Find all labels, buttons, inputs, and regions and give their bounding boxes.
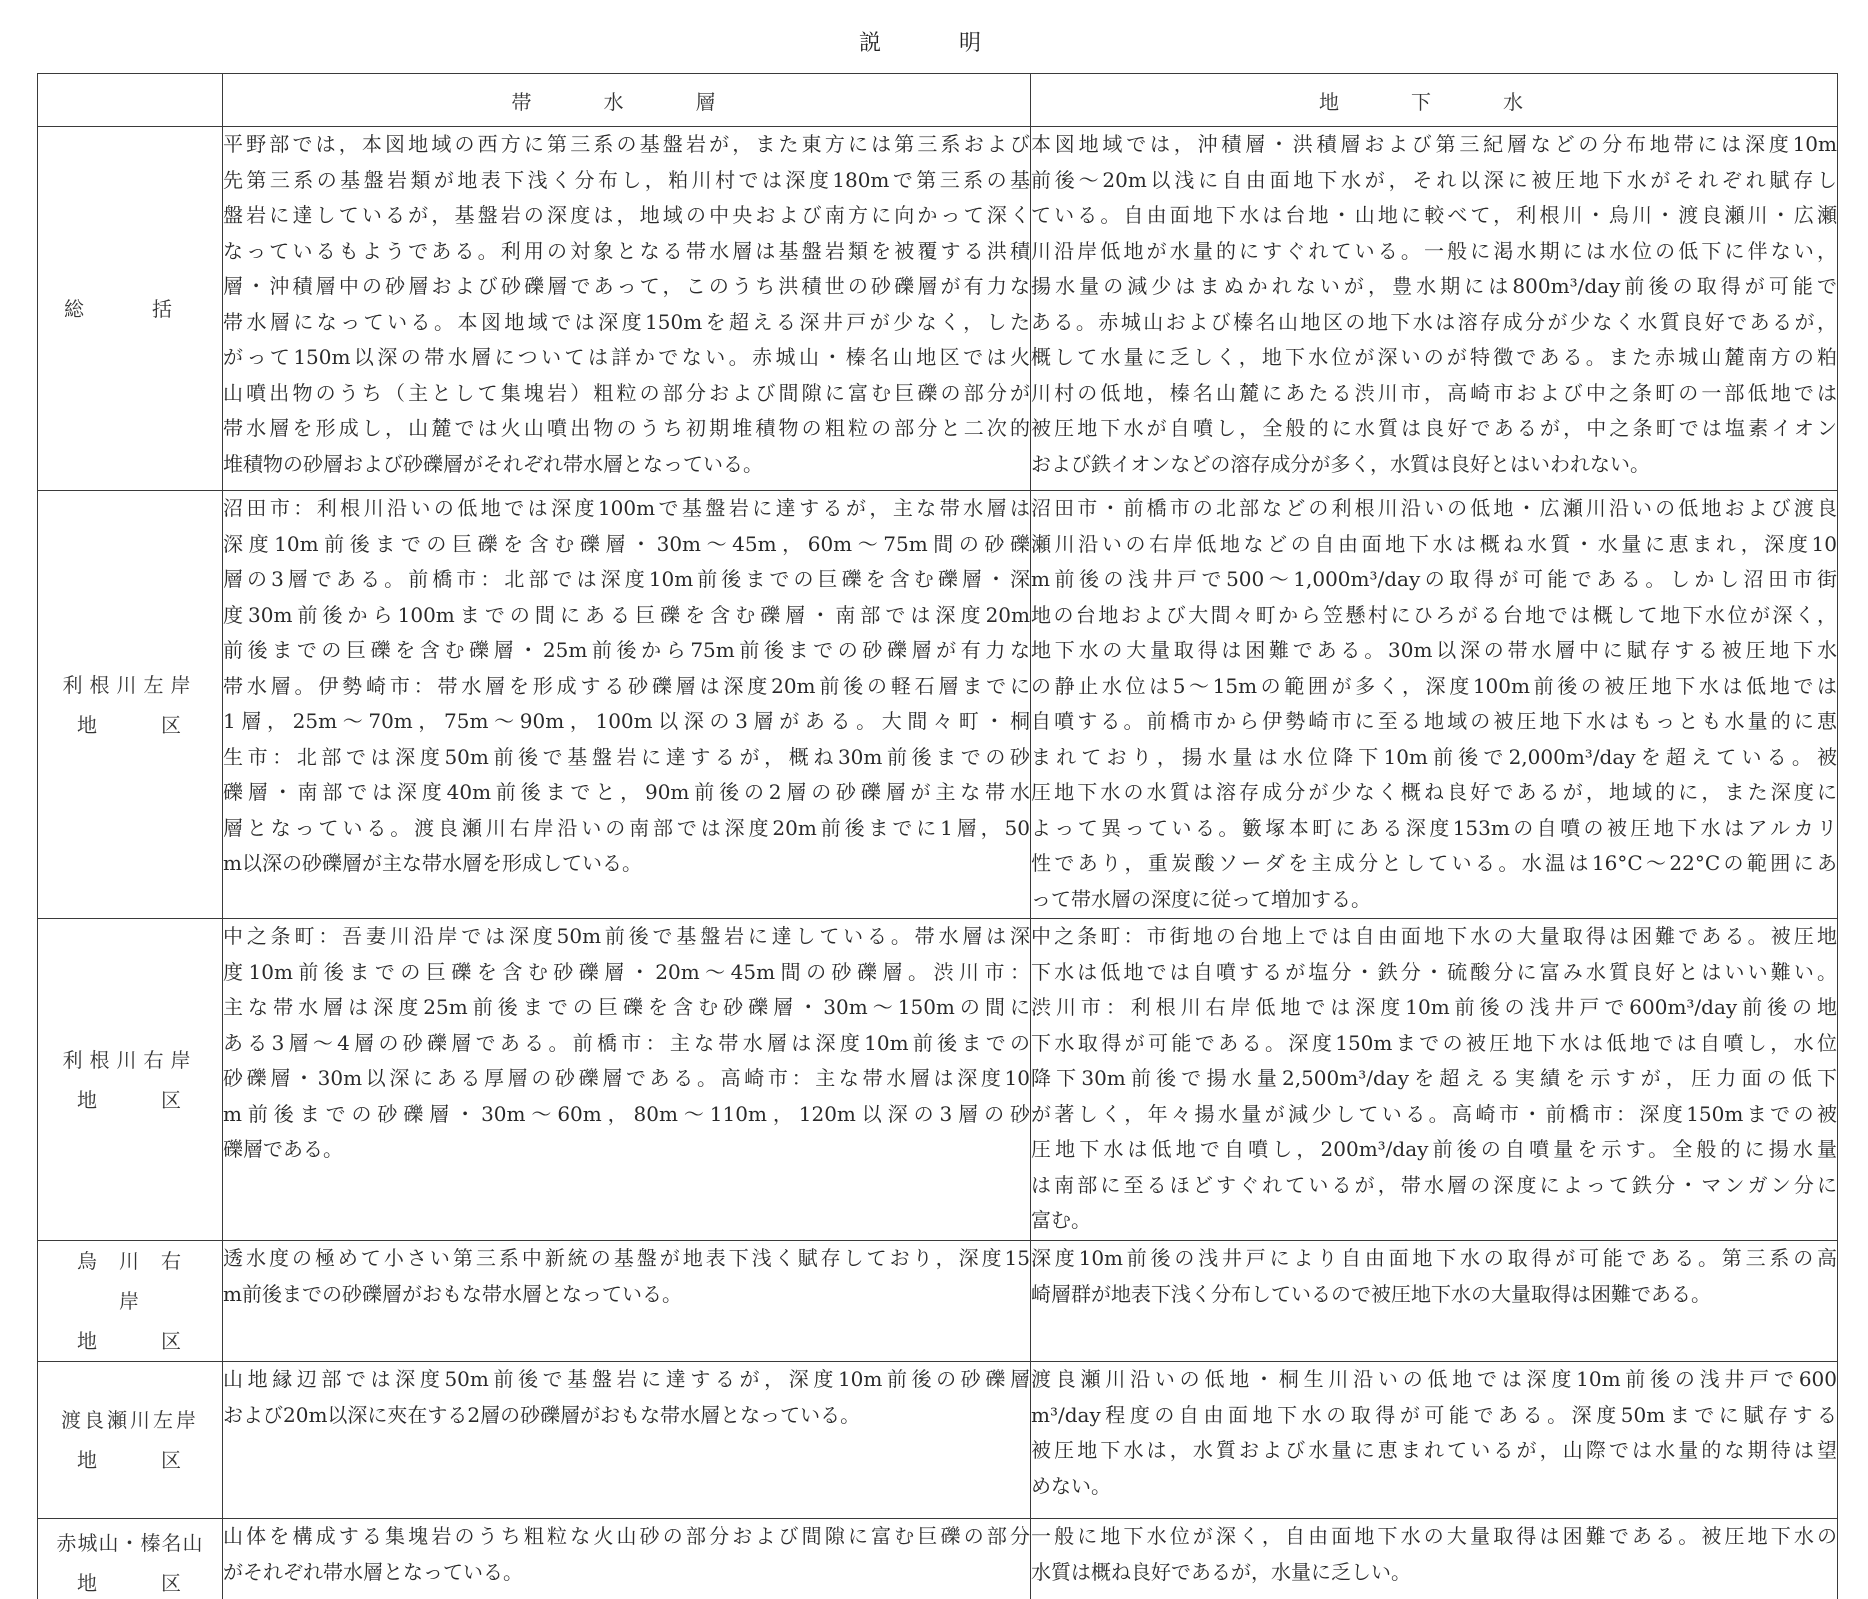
text-line: ている。自由面地下水は台地・山地に較べて，利根川・烏川・渡良瀬川・広瀬: [1031, 198, 1837, 234]
text-line: 中之条町：市街地の台地上では自由面地下水の大量取得は困難である。被圧地: [1031, 919, 1837, 955]
text-line: まれており，揚水量は水位降下10m前後で2,000m³/dayを超えている。被: [1031, 740, 1837, 776]
text-line: 被圧地下水は，水質および水量に恵まれているが，山際では水量的な期待は望: [1031, 1433, 1837, 1469]
text-line: 堆積物の砂層および砂礫層がそれぞれ帯水層となっている。: [223, 447, 1030, 483]
aquifer-cell: 沼田市：利根川沿いの低地では深度100mで基盤岩に達するが，主な帯水層は深度10…: [223, 491, 1031, 919]
text-line: 下水取得が可能である。深度150mまでの被圧地下水は低地では自噴し，水位: [1031, 1026, 1837, 1062]
text-line: 帯水層になっている。本図地域では深度150mを超える深井戸が少なく，した: [223, 305, 1030, 341]
header-row: 帯 水 層 地 下 水: [38, 74, 1838, 127]
text-line: なっているもようである。利用の対象となる帯水層は基盤岩類を被覆する洪積: [223, 234, 1030, 270]
header-region: [38, 74, 223, 127]
text-line: 圧地下水は低地で自噴し，200m³/day前後の自噴量を示す。全般的に揚水量: [1031, 1132, 1837, 1168]
text-line: 層となっている。渡良瀬川右岸沿いの南部では深度20m前後までに1層，50: [223, 811, 1030, 847]
text-line: がって150m以深の帯水層については詳かでない。赤城山・榛名山地区では火: [223, 340, 1030, 376]
text-line: 帯水層。伊勢崎市：帯水層を形成する砂礫層は深度20m前後の軽石層までに: [223, 669, 1030, 705]
text-line: 川沿岸低地が水量的にすぐれている。一般に渇水期には水位の低下に伴ない，: [1031, 234, 1837, 270]
document-title: 説 明: [0, 26, 1868, 57]
text-line: 地下水の大量取得は困難である。30m以深の帯水層中に賦存する被圧地下水: [1031, 633, 1837, 669]
text-line: の静止水位は5～15mの範囲が多く，深度100m前後の被圧地下水は低地では: [1031, 669, 1837, 705]
text-line: 概して水量に乏しく，地下水位が深いのが特徴である。また赤城山麓南方の粕: [1031, 340, 1837, 376]
text-line: は南部に至るほどすぐれているが，帯水層の深度によって鉄分・マンガン分に: [1031, 1168, 1837, 1204]
groundwater-cell: 一般に地下水位が深く，自由面地下水の大量取得は困難である。被圧地下水の水質は概ね…: [1031, 1519, 1838, 1599]
text-line: めない。: [1031, 1469, 1837, 1505]
text-line: 前後～20m以浅に自由面地下水が，それ以深に被圧地下水がそれぞれ賦存し: [1031, 163, 1837, 199]
groundwater-cell: 中之条町：市街地の台地上では自由面地下水の大量取得は困難である。被圧地下水は低地…: [1031, 919, 1838, 1241]
text-line: 生市：北部では深度50m前後で基盤岩に達するが，概ね30m前後までの砂: [223, 740, 1030, 776]
text-line: が著しく，年々揚水量が減少している。高崎市・前橋市：深度150mまでの被: [1031, 1097, 1837, 1133]
text-line: 前後までの巨礫を含む礫層・25m前後から75m前後までの砂礫層が有力な: [223, 633, 1030, 669]
text-line: 性であり，重炭酸ソーダを主成分としている。水温は16°C～22°Cの範囲にあ: [1031, 846, 1837, 882]
text-line: m前後までの砂礫層・30m～60m，80m～110m，120m以深の3層の砂: [223, 1097, 1030, 1133]
text-line: 富む。: [1031, 1203, 1837, 1239]
aquifer-cell: 平野部では，本図地域の西方に第三系の基盤岩が，また東方には第三系および先第三系の…: [223, 127, 1031, 491]
text-line: 自噴する。前橋市から伊勢崎市に至る地域の被圧地下水はもっとも水量的に恵: [1031, 704, 1837, 740]
groundwater-cell: 本図地域では，沖積層・洪積層および第三紀層などの分布地帯には深度10m前後～20…: [1031, 127, 1838, 491]
text-line: 川村の低地，榛名山麓にあたる渋川市，高崎市および中之条町の一部低地では: [1031, 376, 1837, 412]
text-line: 圧地下水の水質は溶存成分が少なく概ね良好であるが，地域的に，また深度に: [1031, 775, 1837, 811]
table-row: 渡良瀬川左岸 地 区 山地縁辺部では深度50m前後で基盤岩に達するが，深度10m…: [38, 1362, 1838, 1519]
text-line: がそれぞれ帯水層となっている。: [223, 1555, 1030, 1591]
text-line: 渋川市：利根川右岸低地では深度10m前後の浅井戸で600m³/day前後の地: [1031, 990, 1837, 1026]
text-line: よって異っている。籔塚本町にある深度153mの自噴の被圧地下水はアルカリ: [1031, 811, 1837, 847]
text-line: および20m以深に夾在する2層の砂礫層がおもな帯水層となっている。: [223, 1398, 1030, 1434]
header-groundwater: 地 下 水: [1031, 74, 1838, 127]
text-line: 中之条町：吾妻川沿岸では深度50m前後で基盤岩に達している。帯水層は深: [223, 919, 1030, 955]
text-line: 本図地域では，沖積層・洪積層および第三紀層などの分布地帯には深度10m: [1031, 127, 1837, 163]
text-line: 地の台地および大間々町から笠懸村にひろがる台地では概して地下水位が深く，: [1031, 598, 1837, 634]
text-line: 主な帯水層は深度25m前後までの巨礫を含む砂礫層・30m～150mの間に: [223, 990, 1030, 1026]
text-line: 1層，25m～70m，75m～90m，100m以深の3層がある。大間々町・桐: [223, 704, 1030, 740]
text-line: 山地縁辺部では深度50m前後で基盤岩に達するが，深度10m前後の砂礫層: [223, 1362, 1030, 1398]
region-label: 赤城山・榛名山 地 区: [38, 1519, 223, 1599]
region-label: 利根川左岸 地 区: [38, 491, 223, 919]
text-line: m前後の浅井戸で500～1,000m³/dayの取得が可能である。しかし沼田市街: [1031, 562, 1837, 598]
table-row: 総 括 平野部では，本図地域の西方に第三系の基盤岩が，また東方には第三系および先…: [38, 127, 1838, 491]
text-line: 沼田市：利根川沿いの低地では深度100mで基盤岩に達するが，主な帯水層は: [223, 491, 1030, 527]
text-line: 透水度の極めて小さい第三系中新統の基盤が地表下浅く賦存しており，深度15: [223, 1241, 1030, 1277]
text-line: 山噴出物のうち（主として集塊岩）粗粒の部分および間隙に富む巨礫の部分が: [223, 376, 1030, 412]
text-line: 盤岩に達しているが，基盤岩の深度は，地域の中央および南方に向かって深く: [223, 198, 1030, 234]
text-line: 水質は概ね良好であるが，水量に乏しい。: [1031, 1555, 1837, 1591]
text-line: m前後までの砂礫層がおもな帯水層となっている。: [223, 1277, 1030, 1313]
text-line: って帯水層の深度に従って増加する。: [1031, 882, 1837, 918]
region-label: 利根川右岸 地 区: [38, 919, 223, 1241]
text-line: 深度10m前後の浅井戸により自由面地下水の取得が可能である。第三系の高: [1031, 1241, 1837, 1277]
text-line: 揚水量の減少はまぬかれないが，豊水期には800m³/day前後の取得が可能で: [1031, 269, 1837, 305]
text-line: 沼田市・前橋市の北部などの利根川沿いの低地・広瀬川沿いの低地および渡良: [1031, 491, 1837, 527]
explanation-table: 帯 水 層 地 下 水 総 括 平野部では，本図地域の西方に第三系の基盤岩が，ま…: [37, 73, 1838, 1599]
text-line: 渡良瀬川沿いの低地・桐生川沿いの低地では深度10m前後の浅井戸で600: [1031, 1362, 1837, 1398]
text-line: 度30m前後から100mまでの間にある巨礫を含む礫層・南部では深度20m: [223, 598, 1030, 634]
text-line: 山体を構成する集塊岩のうち粗粒な火山砂の部分および間隙に富む巨礫の部分: [223, 1519, 1030, 1555]
aquifer-cell: 山体を構成する集塊岩のうち粗粒な火山砂の部分および間隙に富む巨礫の部分がそれぞれ…: [223, 1519, 1031, 1599]
text-line: 深度10m前後までの巨礫を含む礫層・30m～45m，60m～75m間の砂礫: [223, 527, 1030, 563]
header-aquifer: 帯 水 層: [223, 74, 1031, 127]
text-line: 砂礫層・30m以深にある厚層の砂礫層である。高崎市：主な帯水層は深度10: [223, 1061, 1030, 1097]
aquifer-cell: 中之条町：吾妻川沿岸では深度50m前後で基盤岩に達している。帯水層は深度10m前…: [223, 919, 1031, 1241]
text-line: 度10m前後までの巨礫を含む砂礫層・20m～45m間の砂礫層。渋川市：: [223, 955, 1030, 991]
text-line: ある3層～4層の砂礫層である。前橋市：主な帯水層は深度10m前後までの: [223, 1026, 1030, 1062]
groundwater-cell: 渡良瀬川沿いの低地・桐生川沿いの低地では深度10m前後の浅井戸で600m³/da…: [1031, 1362, 1838, 1519]
text-line: 崎層群が地表下浅く分布しているので被圧地下水の大量取得は困難である。: [1031, 1277, 1837, 1313]
text-line: 礫層・南部では深度40m前後までと，90m前後の2層の砂礫層が主な帯水: [223, 775, 1030, 811]
table-row: 烏川右岸 地 区 透水度の極めて小さい第三系中新統の基盤が地表下浅く賦存しており…: [38, 1241, 1838, 1362]
text-line: 層・沖積層中の砂層および砂礫層であって，このうち洪積世の砂礫層が有力な: [223, 269, 1030, 305]
text-line: および鉄イオンなどの溶存成分が多く，水質は良好とはいわれない。: [1031, 447, 1837, 483]
region-label: 烏川右岸 地 区: [38, 1241, 223, 1362]
text-line: ある。赤城山および榛名山地区の地下水は溶存成分が少なく水質良好であるが，: [1031, 305, 1837, 341]
region-label: 渡良瀬川左岸 地 区: [38, 1362, 223, 1519]
table-row: 赤城山・榛名山 地 区 山体を構成する集塊岩のうち粗粒な火山砂の部分および間隙に…: [38, 1519, 1838, 1599]
groundwater-cell: 沼田市・前橋市の北部などの利根川沿いの低地・広瀬川沿いの低地および渡良瀬川沿いの…: [1031, 491, 1838, 919]
text-line: 瀬川沿いの右岸低地などの自由面地下水は概ね水質・水量に恵まれ，深度10: [1031, 527, 1837, 563]
text-line: 帯水層を形成し，山麓では火山噴出物のうち初期堆積物の粗粒の部分と二次的: [223, 411, 1030, 447]
aquifer-cell: 山地縁辺部では深度50m前後で基盤岩に達するが，深度10m前後の砂礫層および20…: [223, 1362, 1031, 1519]
text-line: m以深の砂礫層が主な帯水層を形成している。: [223, 846, 1030, 882]
text-line: 下水は低地では自噴するが塩分・鉄分・硫酸分に富み水質良好とはいい難い。: [1031, 955, 1837, 991]
groundwater-cell: 深度10m前後の浅井戸により自由面地下水の取得が可能である。第三系の高崎層群が地…: [1031, 1241, 1838, 1362]
text-line: 降下30m前後で揚水量2,500m³/dayを超える実績を示すが，圧力面の低下: [1031, 1061, 1837, 1097]
text-line: 一般に地下水位が深く，自由面地下水の大量取得は困難である。被圧地下水の: [1031, 1519, 1837, 1555]
aquifer-cell: 透水度の極めて小さい第三系中新統の基盤が地表下浅く賦存しており，深度15m前後ま…: [223, 1241, 1031, 1362]
region-label: 総 括: [38, 127, 223, 491]
text-line: 礫層である。: [223, 1132, 1030, 1168]
text-line: 先第三系の基盤岩類が地表下浅く分布し，粕川村では深度180mで第三系の基: [223, 163, 1030, 199]
text-line: 被圧地下水が自噴し，全般的に水質は良好であるが，中之条町では塩素イオン: [1031, 411, 1837, 447]
text-line: 平野部では，本図地域の西方に第三系の基盤岩が，また東方には第三系および: [223, 127, 1030, 163]
text-line: 層の3層である。前橋市：北部では深度10m前後までの巨礫を含む礫層・深: [223, 562, 1030, 598]
table-row: 利根川左岸 地 区 沼田市：利根川沿いの低地では深度100mで基盤岩に達するが，…: [38, 491, 1838, 919]
text-line: m³/day程度の自由面地下水の取得が可能である。深度50mまでに賦存する: [1031, 1398, 1837, 1434]
table-row: 利根川右岸 地 区 中之条町：吾妻川沿岸では深度50m前後で基盤岩に達している。…: [38, 919, 1838, 1241]
